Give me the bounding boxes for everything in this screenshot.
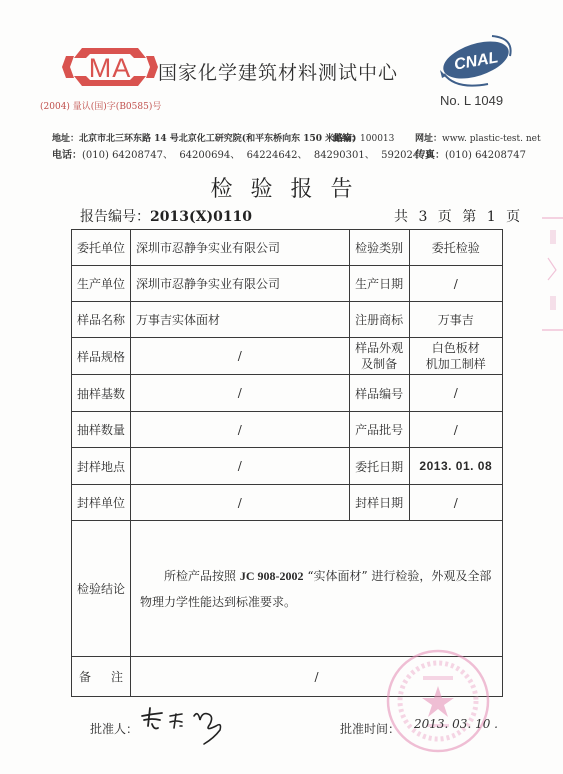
address: 北京市北三环东路 14 号北京化工研究院(和平东桥向东 150 米路南) (79, 134, 356, 144)
postcode-line: 邮编：100013 (333, 131, 394, 144)
sample-name-value: 万事吉实体面材 (131, 302, 350, 338)
page-info: 共 3 页 第 1 页 (394, 206, 523, 226)
sealing-unit-value: / (131, 485, 350, 521)
production-date-value: / (409, 266, 502, 302)
sampling-quantity-label: 抽样数量 (72, 412, 131, 448)
cma-logo: MA (60, 42, 160, 92)
manufacturer-label: 生产单位 (72, 266, 131, 302)
sample-appearance-label-line1: 样品外观 (355, 340, 404, 356)
table-row: 检验结论 所检产品按照 JC 908-2002 “实体面材” 进行检验，外观及全… (72, 521, 503, 657)
commission-date-label: 委托日期 (349, 448, 409, 485)
phones: (010) 64208747、 64200694、 64224642、 8429… (82, 150, 432, 161)
phone-line: 电话：(010) 64208747、 64200694、 64224642、 8… (52, 146, 432, 161)
conclusion-cell: 所检产品按照 JC 908-2002 “实体面材” 进行检验，外观及全部物理力学… (131, 521, 503, 657)
sample-spec-value: / (131, 338, 350, 375)
client-label: 委托单位 (72, 230, 131, 266)
report-number: 报告编号：2013(X)0110 (80, 206, 252, 226)
sampling-quantity-value: / (131, 412, 350, 448)
approve-time-label: 批准时间： (340, 720, 400, 737)
client-value: 深圳市忍静争实业有限公司 (131, 230, 350, 266)
conclusion-standard: JC 908-2002 (240, 569, 304, 583)
document-title: 检验报告 (0, 172, 563, 203)
address-label: 地址： (52, 134, 79, 144)
sample-appearance-label-line2: 及制备 (355, 356, 404, 372)
table-row: 抽样数量 / 产品批号 / (72, 412, 503, 448)
approve-date: 2013. 03. 10 . (414, 717, 498, 731)
sealing-unit-label: 封样单位 (72, 485, 131, 521)
sample-appearance-label: 样品外观 及制备 (349, 338, 409, 375)
sealing-location-label: 封样地点 (72, 448, 131, 485)
report-number-label: 报告编号： (80, 209, 150, 225)
commission-date-value: 2013. 01. 08 (409, 448, 502, 485)
table-row: 封样地点 / 委托日期 2013. 01. 08 (72, 448, 503, 485)
trademark-value: 万事吉 (409, 302, 502, 338)
batch-number-value: / (409, 412, 502, 448)
fax-label: 传真： (415, 150, 445, 161)
website-link[interactable]: www. plastic-test. net (442, 134, 541, 144)
sample-appearance-value-line2: 机加工制样 (415, 356, 497, 372)
conclusion-pre: 所检产品按照 (164, 569, 240, 583)
remark-label: 备注 (72, 657, 131, 697)
postcode-label: 邮编： (333, 134, 360, 144)
sealing-location-value: / (131, 448, 350, 485)
approver-label: 批准人： (90, 720, 138, 737)
sample-name-label: 样品名称 (72, 302, 131, 338)
sampling-base-value: / (131, 375, 350, 412)
manufacturer-value: 深圳市忍静争实业有限公司 (131, 266, 350, 302)
sealing-date-label: 封样日期 (349, 485, 409, 521)
trademark-label: 注册商标 (349, 302, 409, 338)
inspection-type-label: 检验类别 (349, 230, 409, 266)
table-row: 委托单位 深圳市忍静争实业有限公司 检验类别 委托检验 (72, 230, 503, 266)
lab-number: No. L 1049 (440, 93, 503, 108)
table-row: 样品名称 万事吉实体面材 注册商标 万事吉 (72, 302, 503, 338)
batch-number-label: 产品批号 (349, 412, 409, 448)
partial-seal-stamp (540, 208, 563, 348)
postcode: 100013 (360, 134, 394, 144)
report-table: 委托单位 深圳市忍静争实业有限公司 检验类别 委托检验 生产单位 深圳市忍静争实… (71, 229, 503, 697)
remark-label-2: 注 (111, 668, 123, 685)
sampling-base-label: 抽样基数 (72, 375, 131, 412)
cert-number: (2004) 量认(国)字(B0585)号 (40, 99, 161, 112)
website-label: 网址： (415, 134, 442, 144)
sample-appearance-value: 白色板材 机加工制样 (409, 338, 502, 375)
report-number-value: 2013(X)0110 (150, 209, 252, 225)
sample-number-label: 样品编号 (349, 375, 409, 412)
official-seal-stamp (385, 648, 491, 754)
address-line: 地址：北京市北三环东路 14 号北京化工研究院(和平东桥向东 150 米路南) (52, 131, 356, 144)
table-row: 生产单位 深圳市忍静争实业有限公司 生产日期 / (72, 266, 503, 302)
table-row: 抽样基数 / 样品编号 / (72, 375, 503, 412)
org-name: 国家化学建筑材料测试中心 (158, 58, 398, 85)
sample-number-value: / (409, 375, 502, 412)
phone-label: 电话： (52, 150, 82, 161)
sample-spec-label: 样品规格 (72, 338, 131, 375)
approver-signature (138, 706, 228, 746)
conclusion-label: 检验结论 (72, 521, 131, 657)
production-date-label: 生产日期 (349, 266, 409, 302)
sealing-date-value: / (409, 485, 502, 521)
table-row: 样品规格 / 样品外观 及制备 白色板材 机加工制样 (72, 338, 503, 375)
conclusion-text: 所检产品按照 JC 908-2002 “实体面材” 进行检验，外观及全部物理力学… (136, 563, 497, 615)
fax-line: 传真：(010) 64208747 (415, 146, 526, 161)
website-line: 网址：www. plastic-test. net (415, 131, 541, 144)
svg-text:MA: MA (89, 53, 132, 83)
fax: (010) 64208747 (445, 150, 526, 161)
sample-appearance-value-line1: 白色板材 (415, 340, 497, 356)
inspection-type-value: 委托检验 (409, 230, 502, 266)
table-row: 封样单位 / 封样日期 / (72, 485, 503, 521)
cnal-logo: CNAL (432, 30, 516, 92)
remark-label-1: 备 (79, 668, 91, 685)
